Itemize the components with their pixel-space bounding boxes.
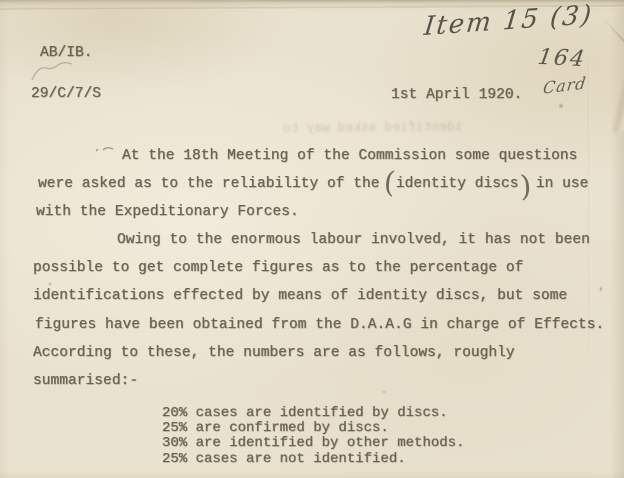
document-page: AB/IB. 29/C/7/S 1st April 1920. Item 15 … <box>0 0 624 478</box>
handwritten-item-number: Item 15 (3) <box>423 0 595 42</box>
paper-crease-right <box>588 60 591 350</box>
typed-line-para1-2: were asked as to the reliability of the … <box>38 177 588 192</box>
typed-line-para2-3: identifications effected by means of ide… <box>33 289 567 304</box>
typed-line-segment: were asked as to the reliability of the <box>38 177 380 192</box>
file-number: 29/C/7/S <box>31 87 101 102</box>
typed-line-segment: in use <box>536 177 589 192</box>
handwritten-page-number: 164 <box>536 45 588 72</box>
typed-line-para2-6: summarised:- <box>33 374 138 389</box>
pencil-tick <box>94 144 116 154</box>
typed-line-para1-1: At the 18th Meeting of the Commission so… <box>122 149 577 164</box>
stat-line-discs-confirmed: 25% are confirmed by discs. <box>162 421 389 436</box>
paper-crease-top-right <box>604 19 624 59</box>
typed-line-para1-3: with the Expeditionary Forces. <box>36 205 299 220</box>
typed-line-para2-2: possible to get complete figures as to t… <box>33 261 523 276</box>
paper-edge-curl <box>600 67 624 133</box>
stat-line-discs-identified: 20% cases are identified by discs. <box>162 406 448 421</box>
stat-line-not-identified: 25% cases are not identified. <box>162 452 406 467</box>
typed-line-para2-4: figures have been obtained from the D.A.… <box>35 318 604 333</box>
bleed-through-text: identified asked way to <box>283 119 463 136</box>
typed-line-segment: identity discs <box>396 177 519 192</box>
handwritten-card-note: Card <box>542 73 588 98</box>
stat-line-other-methods: 30% are identified by other methods. <box>162 436 464 451</box>
pencil-squiggle <box>28 58 78 84</box>
handwritten-close-paren: ) <box>520 186 531 187</box>
date: 1st April 1920. <box>391 88 522 103</box>
handwritten-open-paren: ( <box>384 182 395 183</box>
typed-line-para2-1: Owing to the enormous labour involved, i… <box>117 233 590 248</box>
typed-line-para2-5: According to these, the numbers are as f… <box>33 346 515 361</box>
